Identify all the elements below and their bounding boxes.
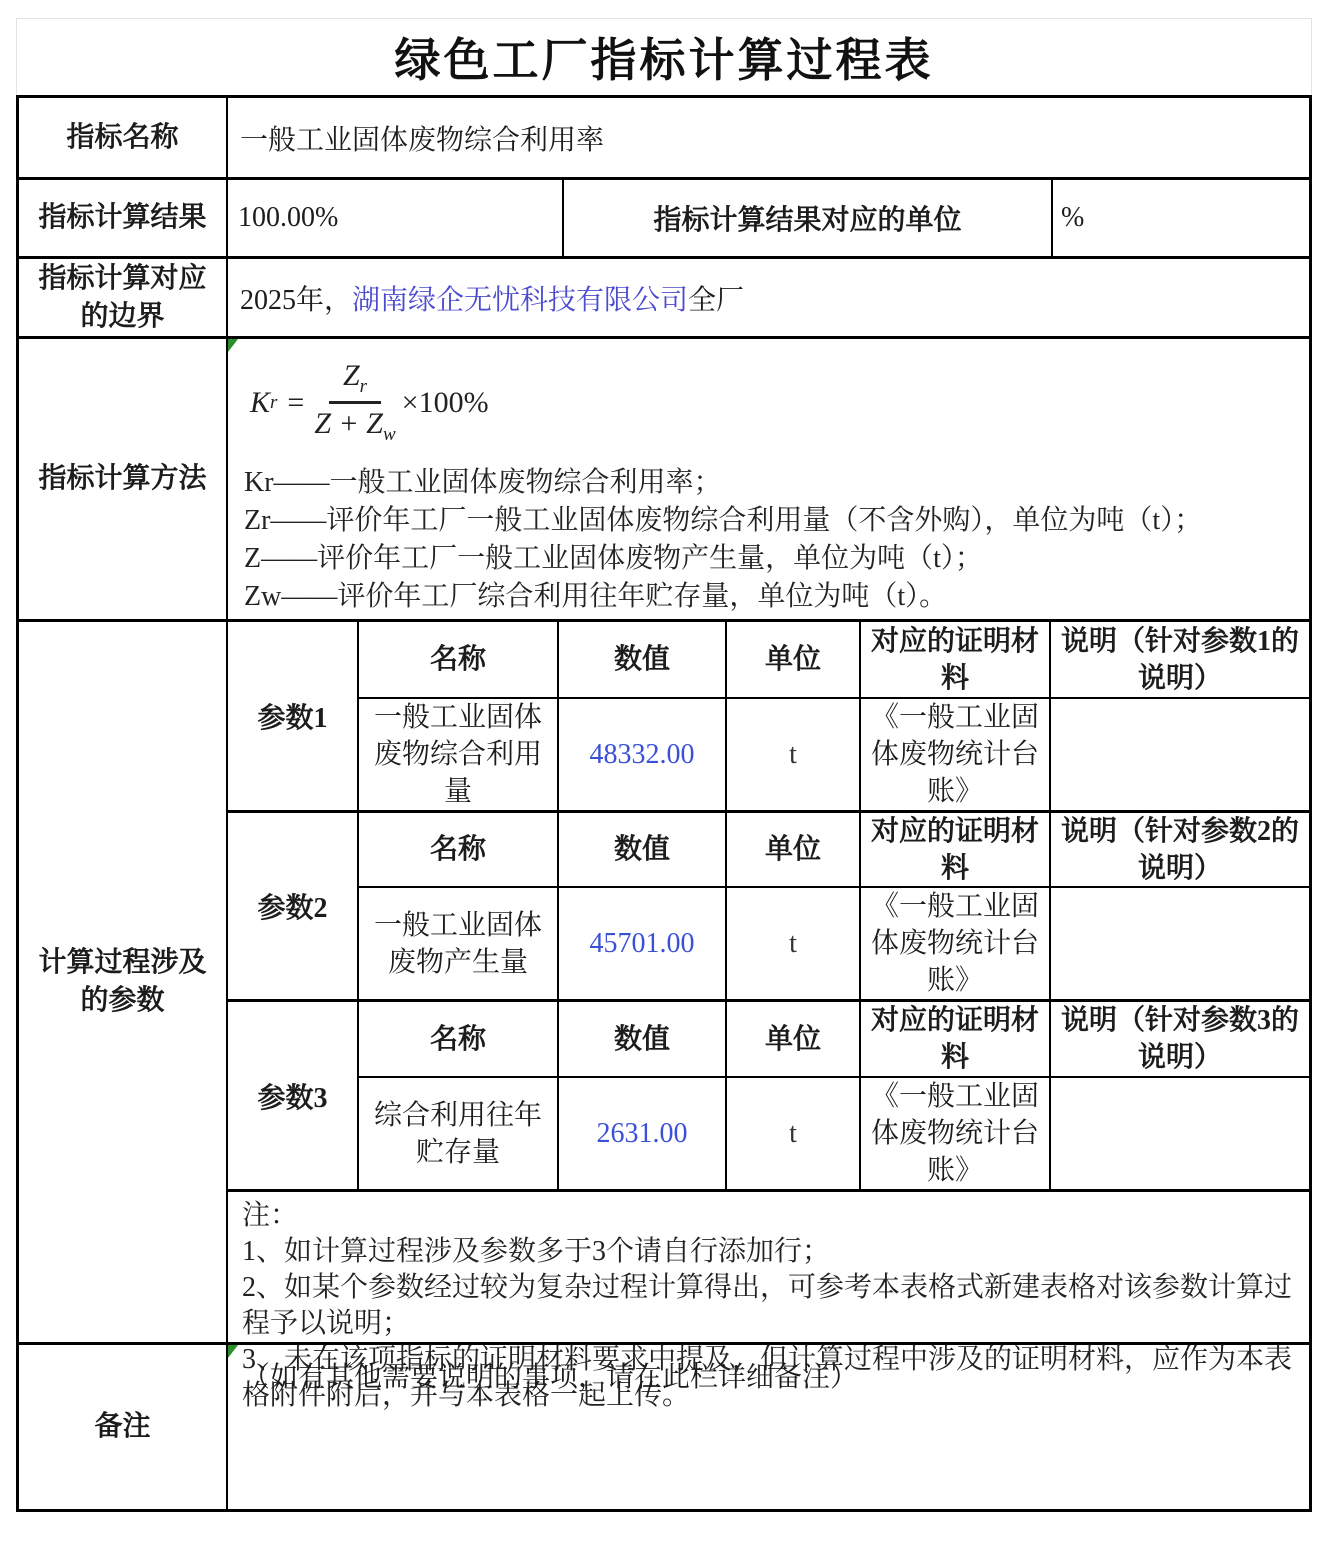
comment-indicator-icon bbox=[228, 1345, 238, 1358]
param-3-header-row: 名称 数值 单位 对应的证明材料 说明（针对参数3的说明） bbox=[359, 1002, 1309, 1078]
formula-multiplier: ×100% bbox=[402, 386, 489, 420]
param-3-name: 综合利用往年贮存量 bbox=[359, 1078, 559, 1189]
calc-table: 指标名称 一般工业固体废物综合利用率 指标计算结果 100.00% 指标计算结果… bbox=[16, 95, 1312, 1512]
param-1-evidence: 《一般工业固体废物统计台账》 bbox=[861, 699, 1051, 810]
header-note-3: 说明（针对参数3的说明） bbox=[1051, 1002, 1309, 1076]
method-line: Zw——评价年工厂综合利用往年贮存量，单位为吨（t）。 bbox=[244, 578, 1295, 616]
header-evidence: 对应的证明材料 bbox=[861, 1002, 1051, 1076]
calc-result-cells: 100.00% 指标计算结果对应的单位 % bbox=[228, 180, 1309, 256]
param-2-unit: t bbox=[727, 888, 861, 999]
header-evidence: 对应的证明材料 bbox=[861, 622, 1051, 697]
header-evidence: 对应的证明材料 bbox=[861, 813, 1051, 886]
param-1-unit: t bbox=[727, 699, 861, 810]
method-line: Zr——评价年工厂一般工业固体废物综合利用量（不含外购），单位为吨（t）； bbox=[244, 502, 1295, 540]
method-line: Kr——一般工业固体废物综合利用率； bbox=[244, 464, 1295, 502]
formula-lhs: K bbox=[250, 386, 270, 420]
title-bar: 绿色工厂指标计算过程表 bbox=[16, 18, 1312, 95]
param-3-note bbox=[1051, 1078, 1309, 1189]
param-1-note bbox=[1051, 699, 1309, 810]
method-label: 指标计算方法 bbox=[19, 339, 228, 619]
param-3-title: 参数3 bbox=[228, 1002, 359, 1189]
header-name: 名称 bbox=[359, 622, 559, 697]
formula-lhs-sub: r bbox=[270, 392, 277, 414]
param-group-1: 参数1 名称 数值 单位 对应的证明材料 说明（针对参数1的说明） 一般工业固体… bbox=[228, 622, 1309, 813]
header-value: 数值 bbox=[559, 813, 727, 886]
param-2-data-row: 一般工业固体废物产生量 45701.00 t 《一般工业固体废物统计台账》 bbox=[359, 888, 1309, 999]
header-unit: 单位 bbox=[727, 622, 861, 697]
param-2-note bbox=[1051, 888, 1309, 999]
remark-label: 备注 bbox=[19, 1345, 228, 1509]
param-1-title: 参数1 bbox=[228, 622, 359, 810]
calc-result-value: 100.00% bbox=[228, 180, 564, 256]
param-3-evidence: 《一般工业固体废物统计台账》 bbox=[861, 1078, 1051, 1189]
calc-result-unit: % bbox=[1053, 180, 1309, 256]
formula-numerator: Z bbox=[343, 359, 360, 392]
formula-fraction: Zr Z + Zw bbox=[314, 359, 395, 446]
param-3-value: 2631.00 bbox=[559, 1078, 727, 1189]
row-remark: 备注 （如有其他需要说明的事项，请在此栏详细备注） bbox=[19, 1345, 1309, 1509]
param-2-evidence: 《一般工业固体废物统计台账》 bbox=[861, 888, 1051, 999]
calc-result-unit-label: 指标计算结果对应的单位 bbox=[564, 180, 1053, 256]
method-formula: Kr = Zr Z + Zw ×100% bbox=[250, 359, 1295, 446]
parameters-label: 计算过程涉及的参数 bbox=[19, 622, 228, 1342]
header-note-2: 说明（针对参数2的说明） bbox=[1051, 813, 1309, 886]
method-definitions: Kr——一般工业固体废物综合利用率； Zr——评价年工厂一般工业固体废物综合利用… bbox=[244, 464, 1295, 616]
note-line: 1、如计算过程涉及参数多于3个请自行添加行； bbox=[242, 1234, 1295, 1270]
param-1-data-row: 一般工业固体废物综合利用量 48332.00 t 《一般工业固体废物统计台账》 bbox=[359, 699, 1309, 810]
company-link[interactable]: 湖南绿企无忧科技有限公司 bbox=[352, 278, 688, 318]
boundary-value: 2025年，湖南绿企无忧科技有限公司全厂 bbox=[228, 259, 1309, 336]
indicator-name-label: 指标名称 bbox=[19, 98, 228, 177]
formula-equals: = bbox=[287, 386, 304, 420]
document-page: 绿色工厂指标计算过程表 指标名称 一般工业固体废物综合利用率 指标计算结果 10… bbox=[0, 0, 1328, 1544]
note-line: 2、如某个参数经过较为复杂过程计算得出，可参考本表格式新建表格对该参数计算过程予… bbox=[242, 1270, 1295, 1342]
calc-sheet: 绿色工厂指标计算过程表 指标名称 一般工业固体废物综合利用率 指标计算结果 10… bbox=[16, 18, 1312, 1512]
header-name: 名称 bbox=[359, 813, 559, 886]
param-group-2: 参数2 名称 数值 单位 对应的证明材料 说明（针对参数2的说明） 一般工业固体… bbox=[228, 813, 1309, 1002]
note-line: 注： bbox=[242, 1198, 1295, 1234]
param-2-value: 45701.00 bbox=[559, 888, 727, 999]
header-value: 数值 bbox=[559, 1002, 727, 1076]
header-note-1: 说明（针对参数1的说明） bbox=[1051, 622, 1309, 697]
row-parameters: 计算过程涉及的参数 参数1 名称 数值 单位 对应的证明材料 说明（针对参数1的… bbox=[19, 622, 1309, 1345]
param-1-name: 一般工业固体废物综合利用量 bbox=[359, 699, 559, 810]
remark-placeholder: （如有其他需要说明的事项，请在此栏详细备注） bbox=[242, 1355, 1295, 1395]
header-name: 名称 bbox=[359, 1002, 559, 1076]
boundary-year: 2025年， bbox=[240, 278, 352, 318]
comment-indicator-icon bbox=[228, 339, 238, 352]
param-3-data-row: 综合利用往年贮存量 2631.00 t 《一般工业固体废物统计台账》 bbox=[359, 1078, 1309, 1189]
boundary-suffix: 全厂 bbox=[688, 278, 744, 318]
param-2-title: 参数2 bbox=[228, 813, 359, 999]
remark-cell: （如有其他需要说明的事项，请在此栏详细备注） bbox=[228, 1345, 1309, 1509]
param-group-3: 参数3 名称 数值 单位 对应的证明材料 说明（针对参数3的说明） 综合利用往年… bbox=[228, 1002, 1309, 1192]
row-method: 指标计算方法 Kr = Zr Z + Zw ×100% Kr——一般工业固体废物… bbox=[19, 339, 1309, 622]
boundary-label: 指标计算对应的边界 bbox=[19, 259, 228, 336]
calc-result-label: 指标计算结果 bbox=[19, 180, 228, 256]
row-indicator-name: 指标名称 一般工业固体废物综合利用率 bbox=[19, 98, 1309, 180]
param-2-name: 一般工业固体废物产生量 bbox=[359, 888, 559, 999]
header-value: 数值 bbox=[559, 622, 727, 697]
method-line: Z——评价年工厂一般工业固体废物产生量，单位为吨（t）； bbox=[244, 540, 1295, 578]
formula-denominator: Z + Z bbox=[314, 407, 383, 440]
param-2-header-row: 名称 数值 单位 对应的证明材料 说明（针对参数2的说明） bbox=[359, 813, 1309, 888]
page-title: 绿色工厂指标计算过程表 bbox=[395, 24, 934, 90]
header-unit: 单位 bbox=[727, 1002, 861, 1076]
formula-numerator-sub: r bbox=[360, 376, 367, 397]
row-boundary: 指标计算对应的边界 2025年，湖南绿企无忧科技有限公司全厂 bbox=[19, 259, 1309, 339]
parameters-area: 参数1 名称 数值 单位 对应的证明材料 说明（针对参数1的说明） 一般工业固体… bbox=[228, 622, 1309, 1342]
param-1-value: 48332.00 bbox=[559, 699, 727, 810]
param-1-header-row: 名称 数值 单位 对应的证明材料 说明（针对参数1的说明） bbox=[359, 622, 1309, 699]
indicator-name-value: 一般工业固体废物综合利用率 bbox=[228, 98, 1309, 177]
row-calc-result: 指标计算结果 100.00% 指标计算结果对应的单位 % bbox=[19, 180, 1309, 259]
formula-denominator-sub: w bbox=[383, 424, 396, 445]
header-unit: 单位 bbox=[727, 813, 861, 886]
param-3-unit: t bbox=[727, 1078, 861, 1189]
method-cell: Kr = Zr Z + Zw ×100% Kr——一般工业固体废物综合利用率； … bbox=[228, 339, 1309, 619]
